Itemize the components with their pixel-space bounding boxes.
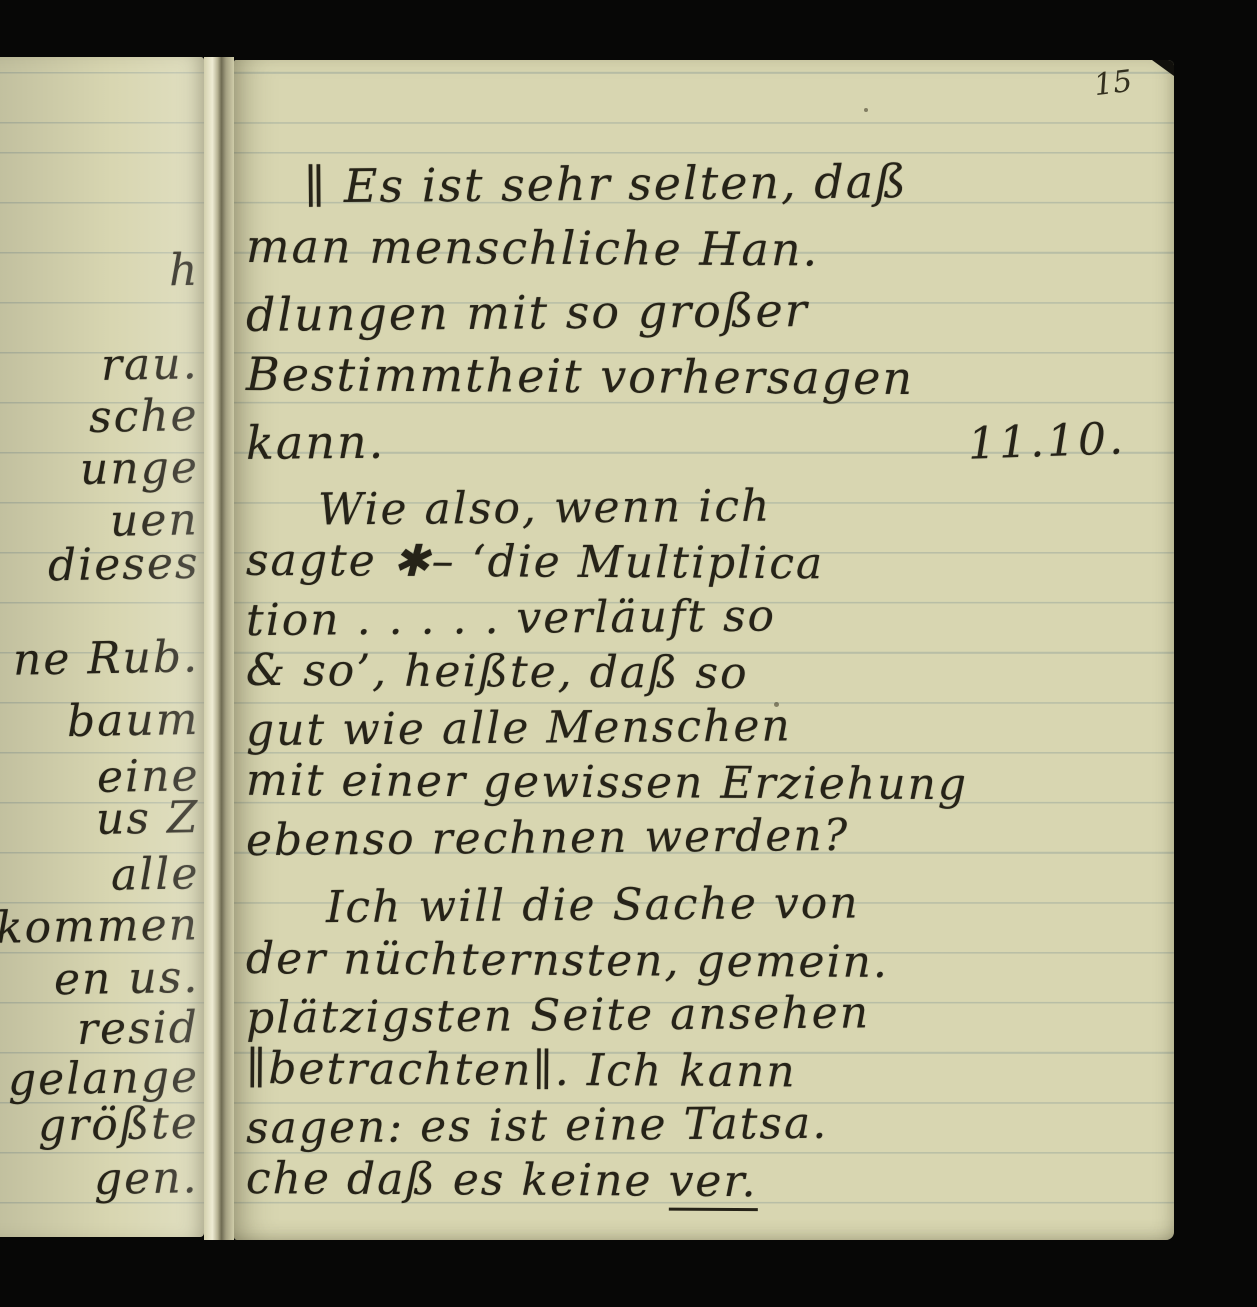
handwritten-line: ebenso rechnen werden? [246,807,969,868]
paragraph-1: ∥ Es ist sehr selten, daß man menschlich… [246,152,914,472]
handwritten-line: sagte ✱– ‘die Multiplica [246,533,968,592]
handwritten-line: dlungen mit so großer [246,277,915,347]
handwritten-line: che daß es keine ver. [246,1151,889,1210]
handwritten-line: Ich will die Sache von [246,875,889,936]
handwritten-line: Bestimmtheit vorhersagen [246,342,914,410]
underlined-word: ver. [668,1156,757,1212]
left-page-fragment: gen. [94,1152,199,1205]
left-page-fragment: sche [89,390,199,443]
handwritten-line: kann. [246,405,915,475]
page-number: 15 [1092,64,1134,103]
handwritten-line: gut wie alle Menschen [246,697,969,758]
handwritten-line: Wie also, wenn ich [246,477,969,538]
entry-date: 11.10. [967,413,1127,469]
corner-fold [1152,60,1174,76]
right-page: 15 ∥ Es ist sehr selten, daß man menschl… [234,60,1174,1240]
left-page: h rau. sche unge uen dieses ne Rub. baum… [0,57,204,1237]
paragraph-3: Ich will die Sache von der nüchternsten,… [246,878,889,1208]
handwritten-line: ∥betrachten∥. Ich kann [246,1041,889,1100]
left-page-fragment: größte [38,1098,200,1152]
handwritten-line: tion . . . . . verläuft so [246,587,969,648]
handwritten-line: plätzigsten Seite ansehen [246,985,889,1046]
left-page-fragment: us Z [95,792,199,845]
left-page-fragment: resid [77,1002,200,1055]
left-page-fragment: h [168,245,199,297]
handwritten-line: der nüchternsten, gemein. [246,931,889,990]
handwritten-line: ∥ Es ist sehr selten, daß [246,149,915,219]
left-page-fragment: en us. [53,952,199,1006]
binding-gutter [204,57,234,1240]
handwritten-line: man menschliche Han. [246,214,914,282]
paper-speck [864,108,868,112]
left-page-fragment: unge [80,442,200,495]
left-page-fragment: dieses [47,538,199,592]
left-page-fragment: rau. [101,338,199,391]
left-page-fragment: ne Rub. [13,631,200,685]
left-page-fragment: kommen [0,899,199,954]
notebook-photo: h rau. sche unge uen dieses ne Rub. baum… [0,0,1257,1307]
handwritten-line: & so’, heißte, daß so [246,643,968,702]
left-page-fragment: alle [110,848,199,901]
handwritten-line: sagen: es ist eine Tatsa. [246,1095,889,1156]
handwritten-line: mit einer gewissen Erziehung [246,753,968,812]
left-page-fragment: baum [66,694,199,747]
paragraph-2: Wie also, wenn ich sagte ✱– ‘die Multipl… [246,480,968,865]
line-text: che daß es keine [246,1153,669,1207]
